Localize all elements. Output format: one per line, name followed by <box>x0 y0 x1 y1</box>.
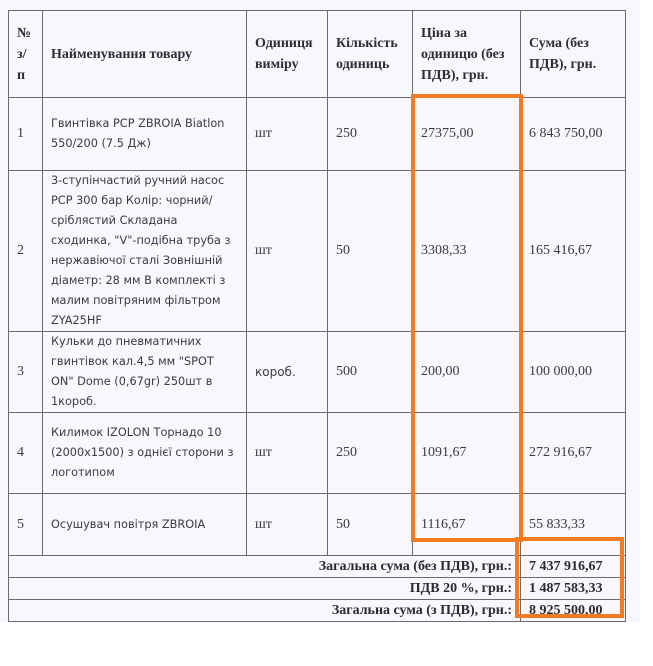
cell-qty: 500 <box>328 332 413 413</box>
cell-unit: шт <box>247 413 328 494</box>
header-num: № з/п <box>9 11 43 98</box>
vat-value: 1 487 583,33 <box>521 578 626 600</box>
header-num-line1: № <box>17 26 31 41</box>
total-gross-label: Загальна сума (з ПДВ), грн.: <box>9 600 521 622</box>
cell-name: Гвинтівка PCP ZBROIA Biatlon 550/200 (7.… <box>43 98 247 171</box>
cell-sum: 272 916,67 <box>521 413 626 494</box>
table-header-row: № з/п Найменування товару Одиниця виміру… <box>9 11 626 98</box>
total-net-value: 7 437 916,67 <box>521 556 626 578</box>
cell-qty: 50 <box>328 171 413 332</box>
cell-sum: 6 843 750,00 <box>521 98 626 171</box>
table-row: 4 Килимок IZOLON Торнадо 10 (2000x1500) … <box>9 413 626 494</box>
cell-qty: 50 <box>328 494 413 556</box>
cell-num: 1 <box>9 98 43 171</box>
cell-unit: шт <box>247 171 328 332</box>
cell-sum: 165 416,67 <box>521 171 626 332</box>
cell-price: 3308,33 <box>413 171 521 332</box>
cell-num: 5 <box>9 494 43 556</box>
table-row: 3 Кульки до пневматичних гвинтівок кал.4… <box>9 332 626 413</box>
cell-qty: 250 <box>328 413 413 494</box>
total-net-label: Загальна сума (без ПДВ), грн.: <box>9 556 521 578</box>
cell-price: 27375,00 <box>413 98 521 171</box>
cell-unit: короб. <box>247 332 328 413</box>
cell-unit: шт <box>247 494 328 556</box>
cell-name: Осушувач повітря ZBROIA <box>43 494 247 556</box>
header-unit: Одиниця виміру <box>247 11 328 98</box>
cell-name: 3-ступінчастий ручний насос PCP 300 бар … <box>43 171 247 332</box>
header-name: Найменування товару <box>43 11 247 98</box>
cell-num: 2 <box>9 171 43 332</box>
header-qty: Кількість одиниць <box>328 11 413 98</box>
cell-sum: 55 833,33 <box>521 494 626 556</box>
total-row-net: Загальна сума (без ПДВ), грн.: 7 437 916… <box>9 556 626 578</box>
cell-num: 4 <box>9 413 43 494</box>
table-row: 1 Гвинтівка PCP ZBROIA Biatlon 550/200 (… <box>9 98 626 171</box>
total-gross-value: 8 925 500,00 <box>521 600 626 622</box>
cell-unit: шт <box>247 98 328 171</box>
table-row: 2 3-ступінчастий ручний насос PCP 300 ба… <box>9 171 626 332</box>
cell-sum: 100 000,00 <box>521 332 626 413</box>
vat-label: ПДВ 20 %, грн.: <box>9 578 521 600</box>
scanned-document-page: № з/п Найменування товару Одиниця виміру… <box>0 0 640 622</box>
cell-price: 1116,67 <box>413 494 521 556</box>
table-row: 5 Осушувач повітря ZBROIA шт 50 1116,67 … <box>9 494 626 556</box>
cell-qty: 250 <box>328 98 413 171</box>
header-sum: Сума (без ПДВ), грн. <box>521 11 626 98</box>
cell-price: 200,00 <box>413 332 521 413</box>
cell-name: Килимок IZOLON Торнадо 10 (2000x1500) з … <box>43 413 247 494</box>
header-num-line2: з/п <box>17 47 27 83</box>
total-row-gross: Загальна сума (з ПДВ), грн.: 8 925 500,0… <box>9 600 626 622</box>
specification-table: № з/п Найменування товару Одиниця виміру… <box>8 10 626 622</box>
cell-name: Кульки до пневматичних гвинтівок кал.4,5… <box>43 332 247 413</box>
header-price: Ціна за одиницю (без ПДВ), грн. <box>413 11 521 98</box>
cell-price: 1091,67 <box>413 413 521 494</box>
total-row-vat: ПДВ 20 %, грн.: 1 487 583,33 <box>9 578 626 600</box>
cell-num: 3 <box>9 332 43 413</box>
